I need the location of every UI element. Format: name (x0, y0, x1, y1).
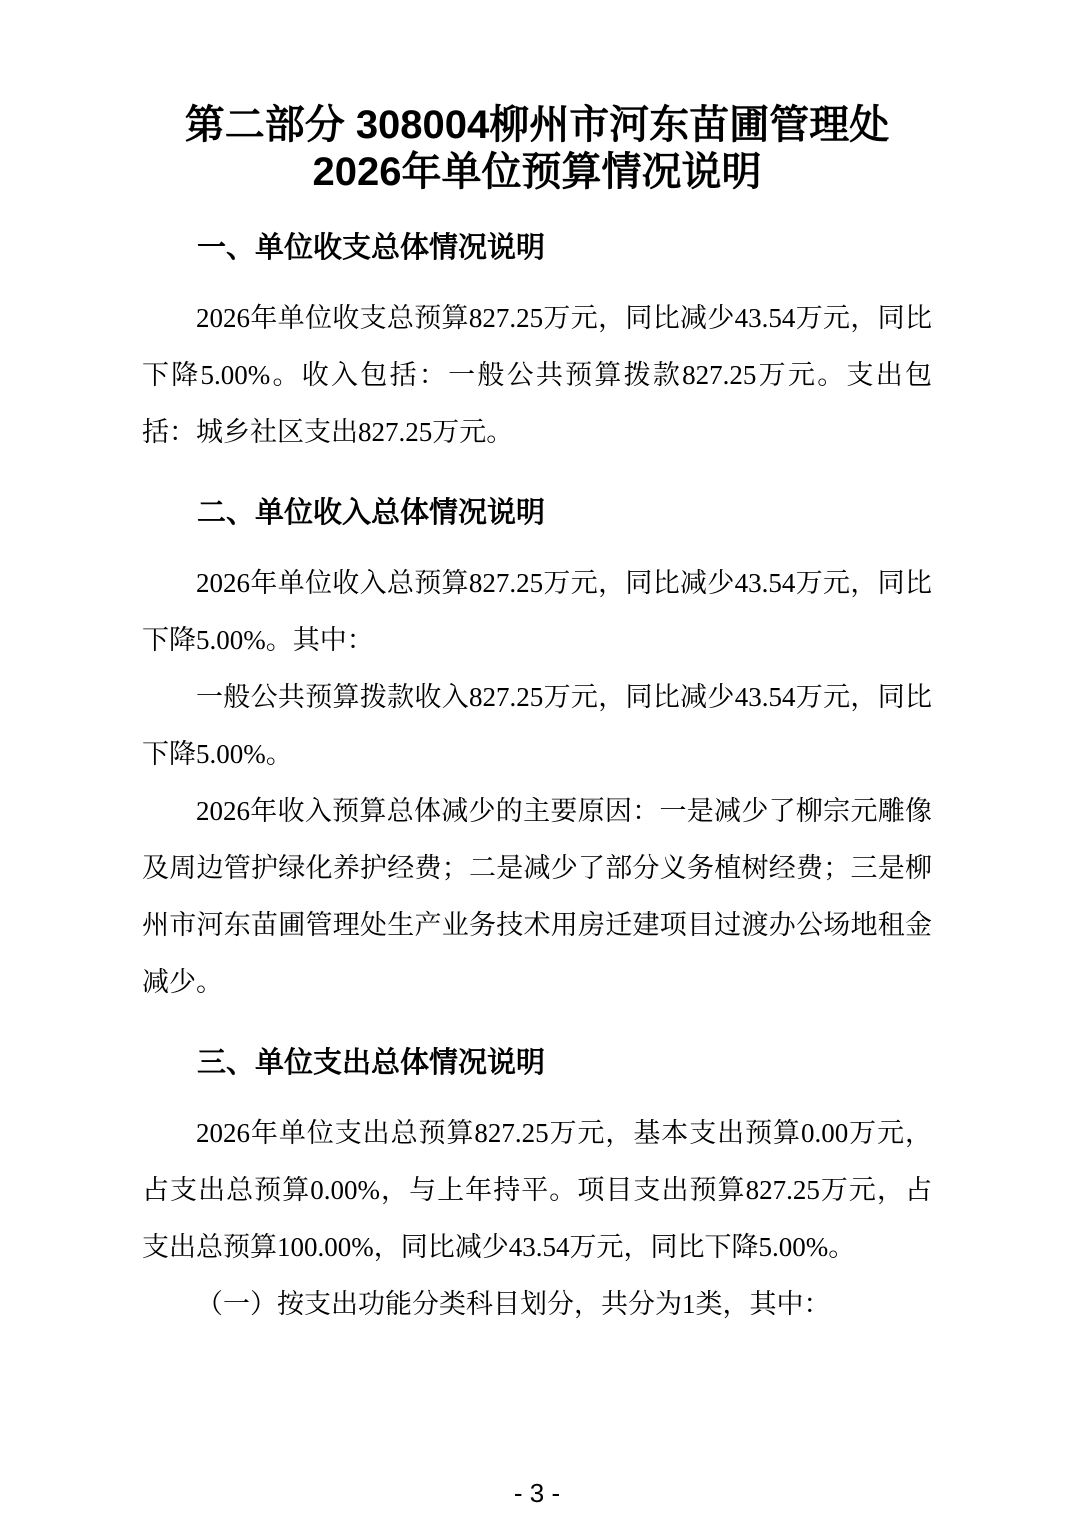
section-1-heading: 一、单位收支总体情况说明 (142, 232, 932, 264)
section-3-paragraph-2: （一）按支出功能分类科目划分，共分为1类，其中： (142, 1276, 932, 1333)
section-3-heading: 三、单位支出总体情况说明 (142, 1047, 932, 1079)
document-title-line2: 2026年单位预算情况说明 (142, 149, 932, 196)
page-footer: - 3 - (0, 1478, 1074, 1508)
document-title: 第二部分 308004柳州市河东苗圃管理处 2026年单位预算情况说明 (142, 102, 932, 196)
section-2-paragraph-2: 一般公共预算拨款收入827.25万元，同比减少43.54万元，同比下降5.00%… (142, 669, 932, 783)
section-1-paragraph-1: 2026年单位收支总预算827.25万元，同比减少43.54万元，同比下降5.0… (142, 290, 932, 461)
document-title-line1: 第二部分 308004柳州市河东苗圃管理处 (142, 102, 932, 149)
page-number: - 3 - (514, 1478, 560, 1508)
section-2-paragraph-3: 2026年收入预算总体减少的主要原因：一是减少了柳宗元雕像及周边管护绿化养护经费… (142, 783, 932, 1011)
section-2-heading: 二、单位收入总体情况说明 (142, 497, 932, 529)
section-2-paragraph-1: 2026年单位收入总预算827.25万元，同比减少43.54万元，同比下降5.0… (142, 555, 932, 669)
document-header: 第二部分 308004柳州市河东苗圃管理处 2026年单位预算情况说明 (142, 102, 932, 196)
section-3-paragraph-1: 2026年单位支出总预算827.25万元，基本支出预算0.00万元，占支出总预算… (142, 1105, 932, 1276)
budget-document-page: 第二部分 308004柳州市河东苗圃管理处 2026年单位预算情况说明 一、单位… (0, 0, 1074, 1520)
document-body: 一、单位收支总体情况说明 2026年单位收支总预算827.25万元，同比减少43… (142, 232, 932, 1333)
